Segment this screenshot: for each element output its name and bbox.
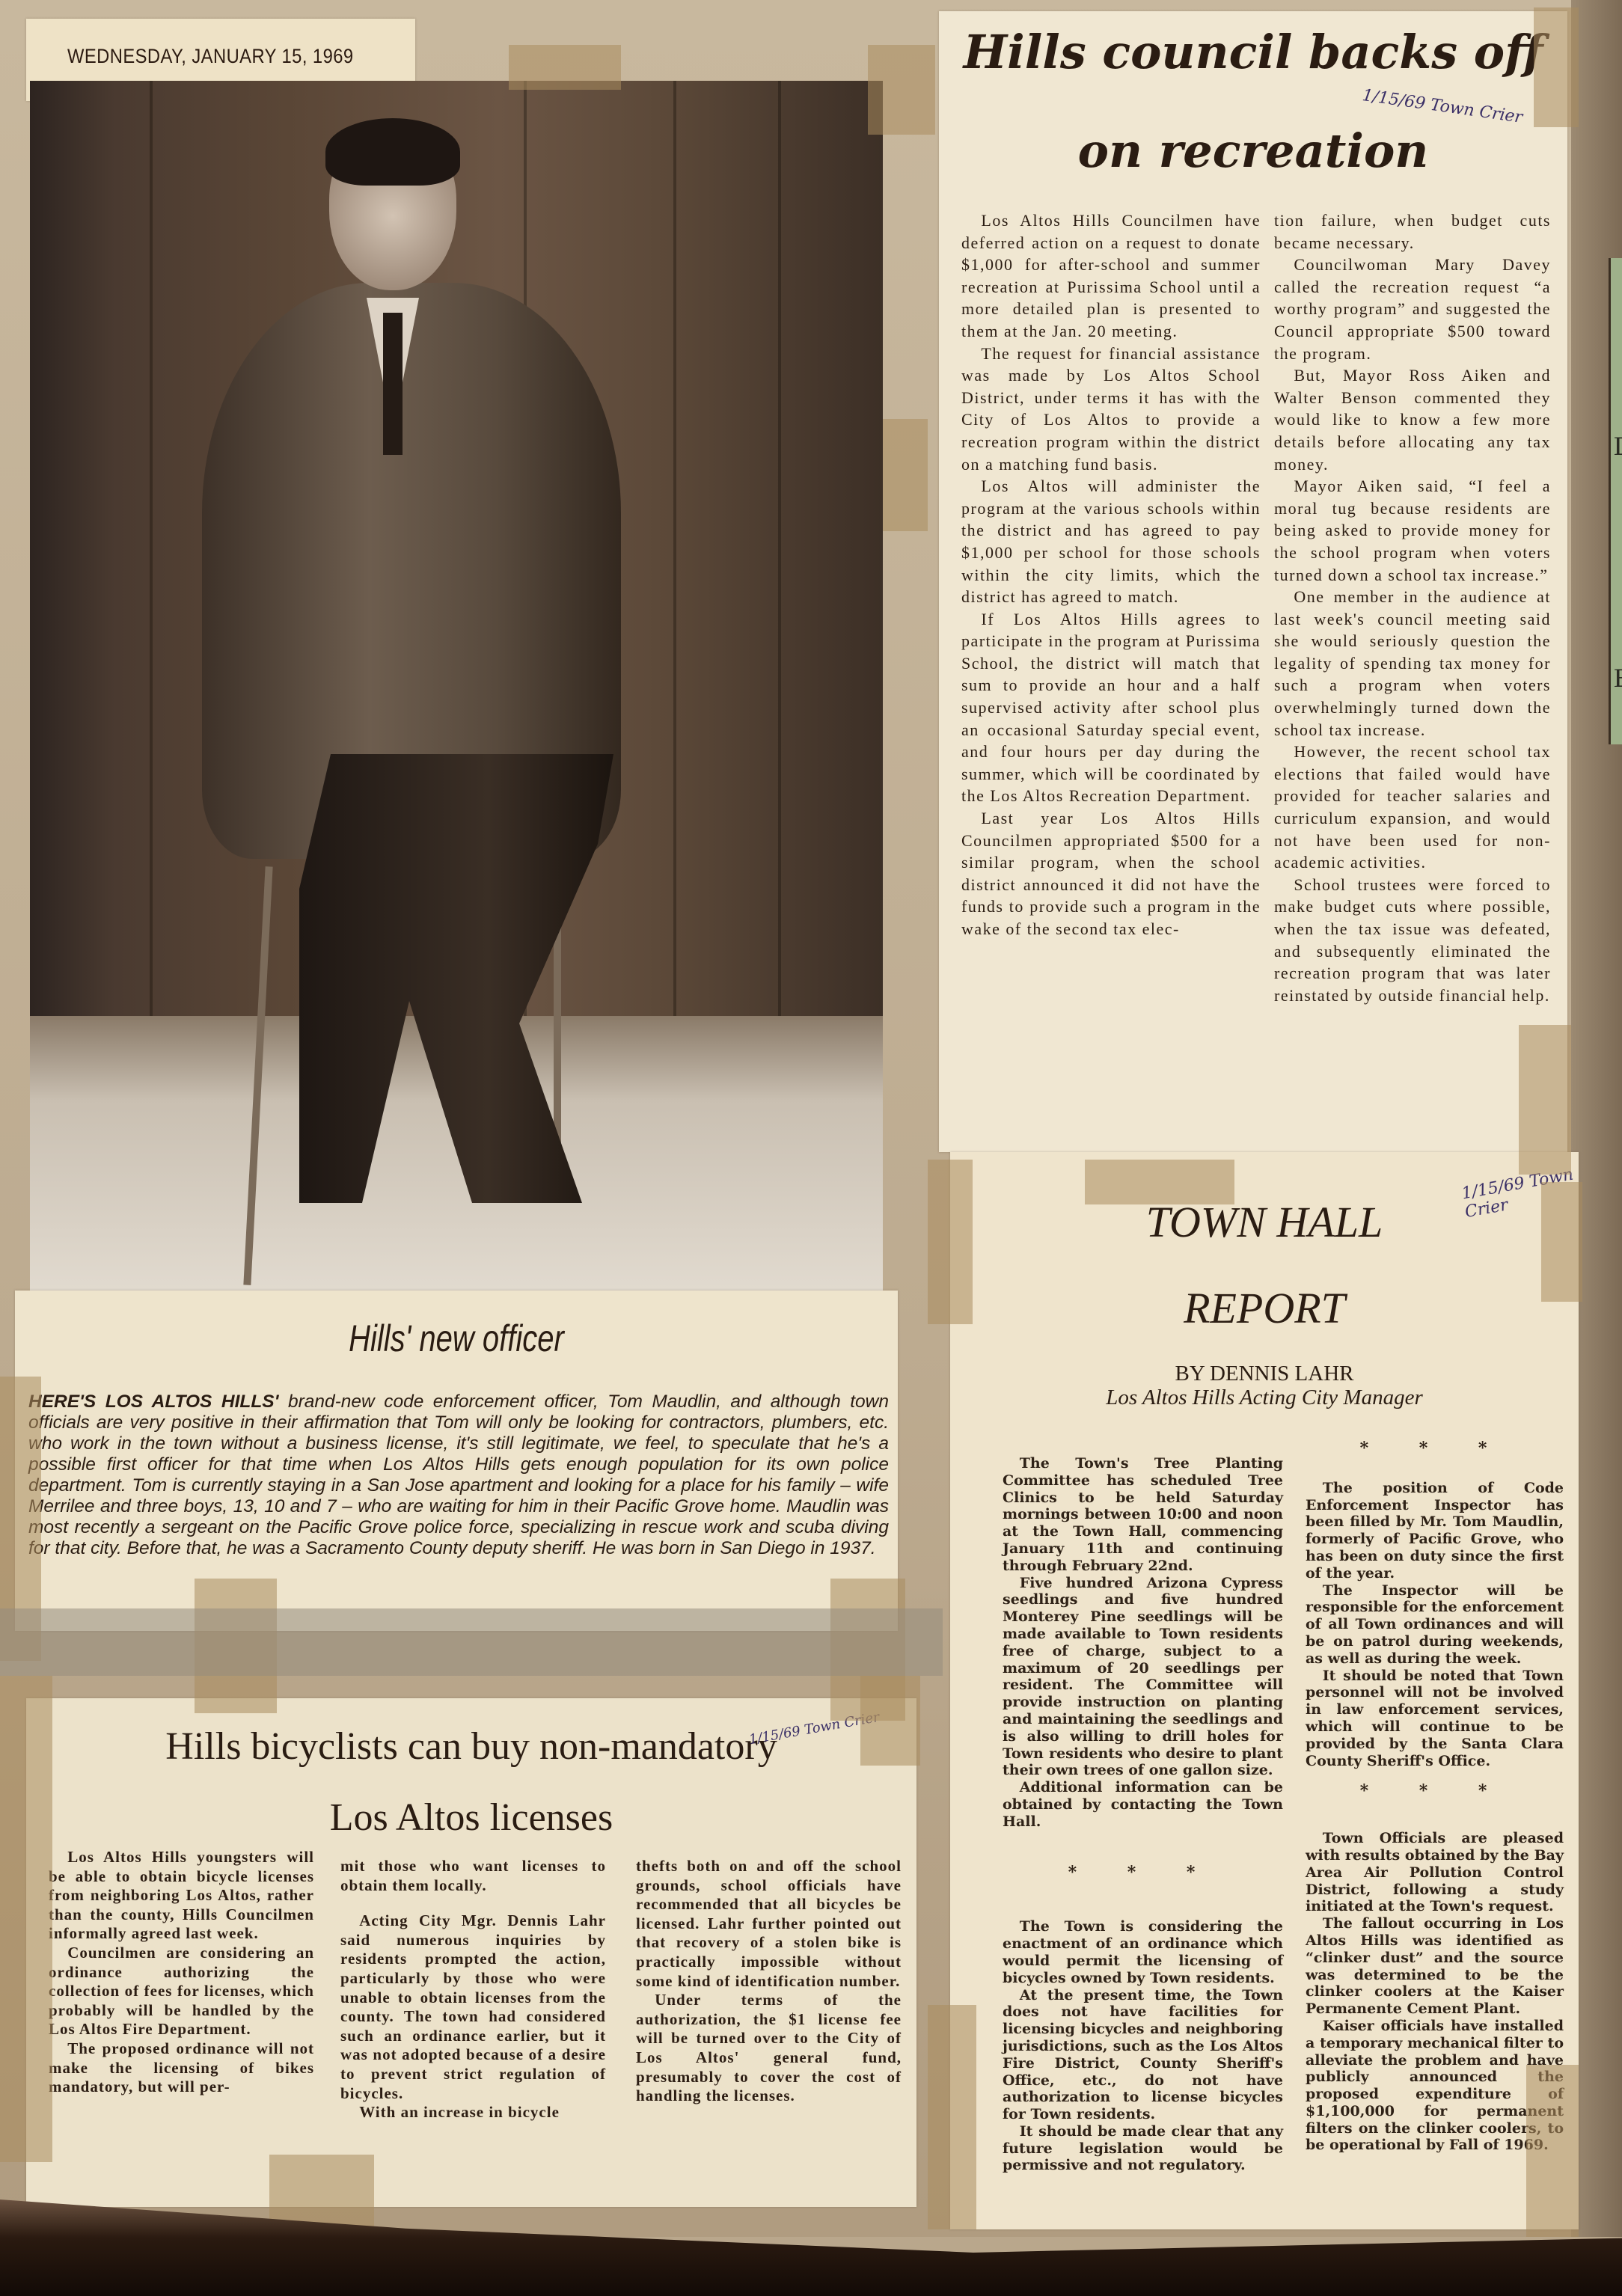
paragraph: Kaiser officials have installed a tempor… xyxy=(1306,2018,1564,2154)
bicycle-article: Hills bicyclists can buy non-mandatory 1… xyxy=(26,1698,916,2207)
caption-title: Hills' new officer xyxy=(103,1317,810,1360)
paragraph: mit those who want licenses to obtain th… xyxy=(340,1857,606,1895)
recreation-article: Hills council backs off on recreation 1/… xyxy=(939,11,1567,1152)
report-column: The Town's Tree Planting Committee has s… xyxy=(1003,1455,1283,2174)
town-hall-report: TOWN HALL 1/15/69 Town Crier REPORT BY D… xyxy=(950,1152,1579,2229)
officer-photo xyxy=(30,81,883,1297)
paragraph: Los Altos Hills youngsters will be able … xyxy=(49,1848,314,1944)
paragraph: The proposed ordinance will not make the… xyxy=(49,2039,314,2097)
tape-strip xyxy=(868,45,935,135)
paragraph: Last year Los Altos Hills Councilmen app… xyxy=(961,807,1261,940)
paragraph: But, Mayor Ross Aiken and Walter Benson … xyxy=(1274,364,1551,475)
tape-strip xyxy=(883,419,928,531)
paragraph: Councilmen are considering an ordinance … xyxy=(49,1944,314,2039)
tape-strip xyxy=(860,1676,920,1766)
paragraph: Five hundred Arizona Cypress seedlings a… xyxy=(1003,1575,1283,1780)
paragraph: Additional information can be obtained b… xyxy=(1003,1779,1283,1830)
article-column: thefts both on and off the school ground… xyxy=(636,1857,902,2106)
paragraph: Acting City Mgr. Dennis Lahr said numero… xyxy=(340,1911,606,2103)
tape-strip xyxy=(928,2005,976,2229)
tape-strip xyxy=(1085,1160,1234,1204)
handwritten-note: 1/15/69 Town Crier xyxy=(1361,86,1523,127)
tape-strip xyxy=(1519,1025,1571,1175)
paragraph: tion failure, when budget cuts became ne… xyxy=(1274,209,1551,254)
paragraph: School trustees were forced to make budg… xyxy=(1274,874,1551,1007)
paragraph: Under terms of the authorization, the $1… xyxy=(636,1991,902,2106)
section-separator: * * * xyxy=(1003,1864,1283,1882)
tape-strip xyxy=(1541,1182,1582,1302)
tab-letter: D xyxy=(1614,430,1622,462)
section-separator: * * * xyxy=(1306,1440,1564,1457)
section-separator: * * * xyxy=(1306,1783,1564,1800)
caption-lead: HERE'S LOS ALTOS HILLS' xyxy=(28,1392,278,1412)
article-column: tion failure, when budget cuts became ne… xyxy=(1274,209,1551,1006)
article-column: mit those who want licenses to obtain th… xyxy=(340,1857,606,2122)
headline: on recreation xyxy=(939,123,1567,178)
paragraph: Los Altos will administer the program at… xyxy=(961,475,1261,608)
paragraph: Town Officials are pleased with results … xyxy=(1306,1830,1564,1915)
dateline: WEDNESDAY, JANUARY 15, 1969 xyxy=(67,45,354,68)
paragraph: The Inspector will be responsible for th… xyxy=(1306,1582,1564,1668)
paragraph: The fallout occurring in Los Altos Hills… xyxy=(1306,1915,1564,2018)
report-column: * * * The position of Code Enforcement I… xyxy=(1306,1440,1564,2154)
tab-letter: E xyxy=(1614,662,1622,694)
paragraph: The position of Code Enforcement Inspect… xyxy=(1306,1480,1564,1582)
photo-caption-clipping: Hills' new officer HERE'S LOS ALTOS HILL… xyxy=(15,1291,898,1631)
tape-strip xyxy=(1534,7,1579,127)
paragraph: Mayor Aiken said, “I feel a moral tug be… xyxy=(1274,475,1551,586)
paragraph: It should be made clear that any future … xyxy=(1003,2123,1283,2174)
caption-body: HERE'S LOS ALTOS HILLS' brand-new code e… xyxy=(28,1392,889,1559)
tape-strip xyxy=(0,1608,943,1676)
index-tab[interactable]: D E xyxy=(1609,258,1622,744)
paragraph: Los Altos Hills Councilmen have deferred… xyxy=(961,209,1261,343)
paragraph: The Town is considering the enactment of… xyxy=(1003,1918,1283,1986)
paragraph: With an increase in bicycle xyxy=(340,2103,606,2122)
article-column: Los Altos Hills youngsters will be able … xyxy=(49,1848,314,2097)
byline: BY DENNIS LAHR xyxy=(950,1362,1579,1386)
paragraph: At the present time, the Town does not h… xyxy=(1003,1987,1283,2123)
paragraph: One member in the audience at last week'… xyxy=(1274,586,1551,741)
article-column: Los Altos Hills Councilmen have deferred… xyxy=(961,209,1261,940)
headline: Hills council backs off xyxy=(939,25,1567,79)
paragraph: thefts both on and off the school ground… xyxy=(636,1857,902,1991)
paragraph: Councilwoman Mary Davey called the recre… xyxy=(1274,254,1551,364)
caption-text: brand-new code enforcement officer, Tom … xyxy=(28,1392,889,1558)
tape-strip xyxy=(0,1676,52,2162)
report-title: REPORT xyxy=(950,1283,1579,1333)
paragraph: The request for financial assistance was… xyxy=(961,343,1261,476)
paragraph: However, the recent school tax elections… xyxy=(1274,741,1551,874)
tape-strip xyxy=(509,45,621,90)
paragraph: If Los Altos Hills agrees to participate… xyxy=(961,608,1261,807)
paragraph: The Town's Tree Planting Committee has s… xyxy=(1003,1455,1283,1575)
paragraph: It should be noted that Town personnel w… xyxy=(1306,1668,1564,1770)
tape-strip xyxy=(928,1160,973,1324)
headline: Los Altos licenses xyxy=(26,1796,916,1840)
author-role: Los Altos Hills Acting City Manager xyxy=(950,1386,1579,1410)
tape-strip xyxy=(1526,2065,1579,2237)
